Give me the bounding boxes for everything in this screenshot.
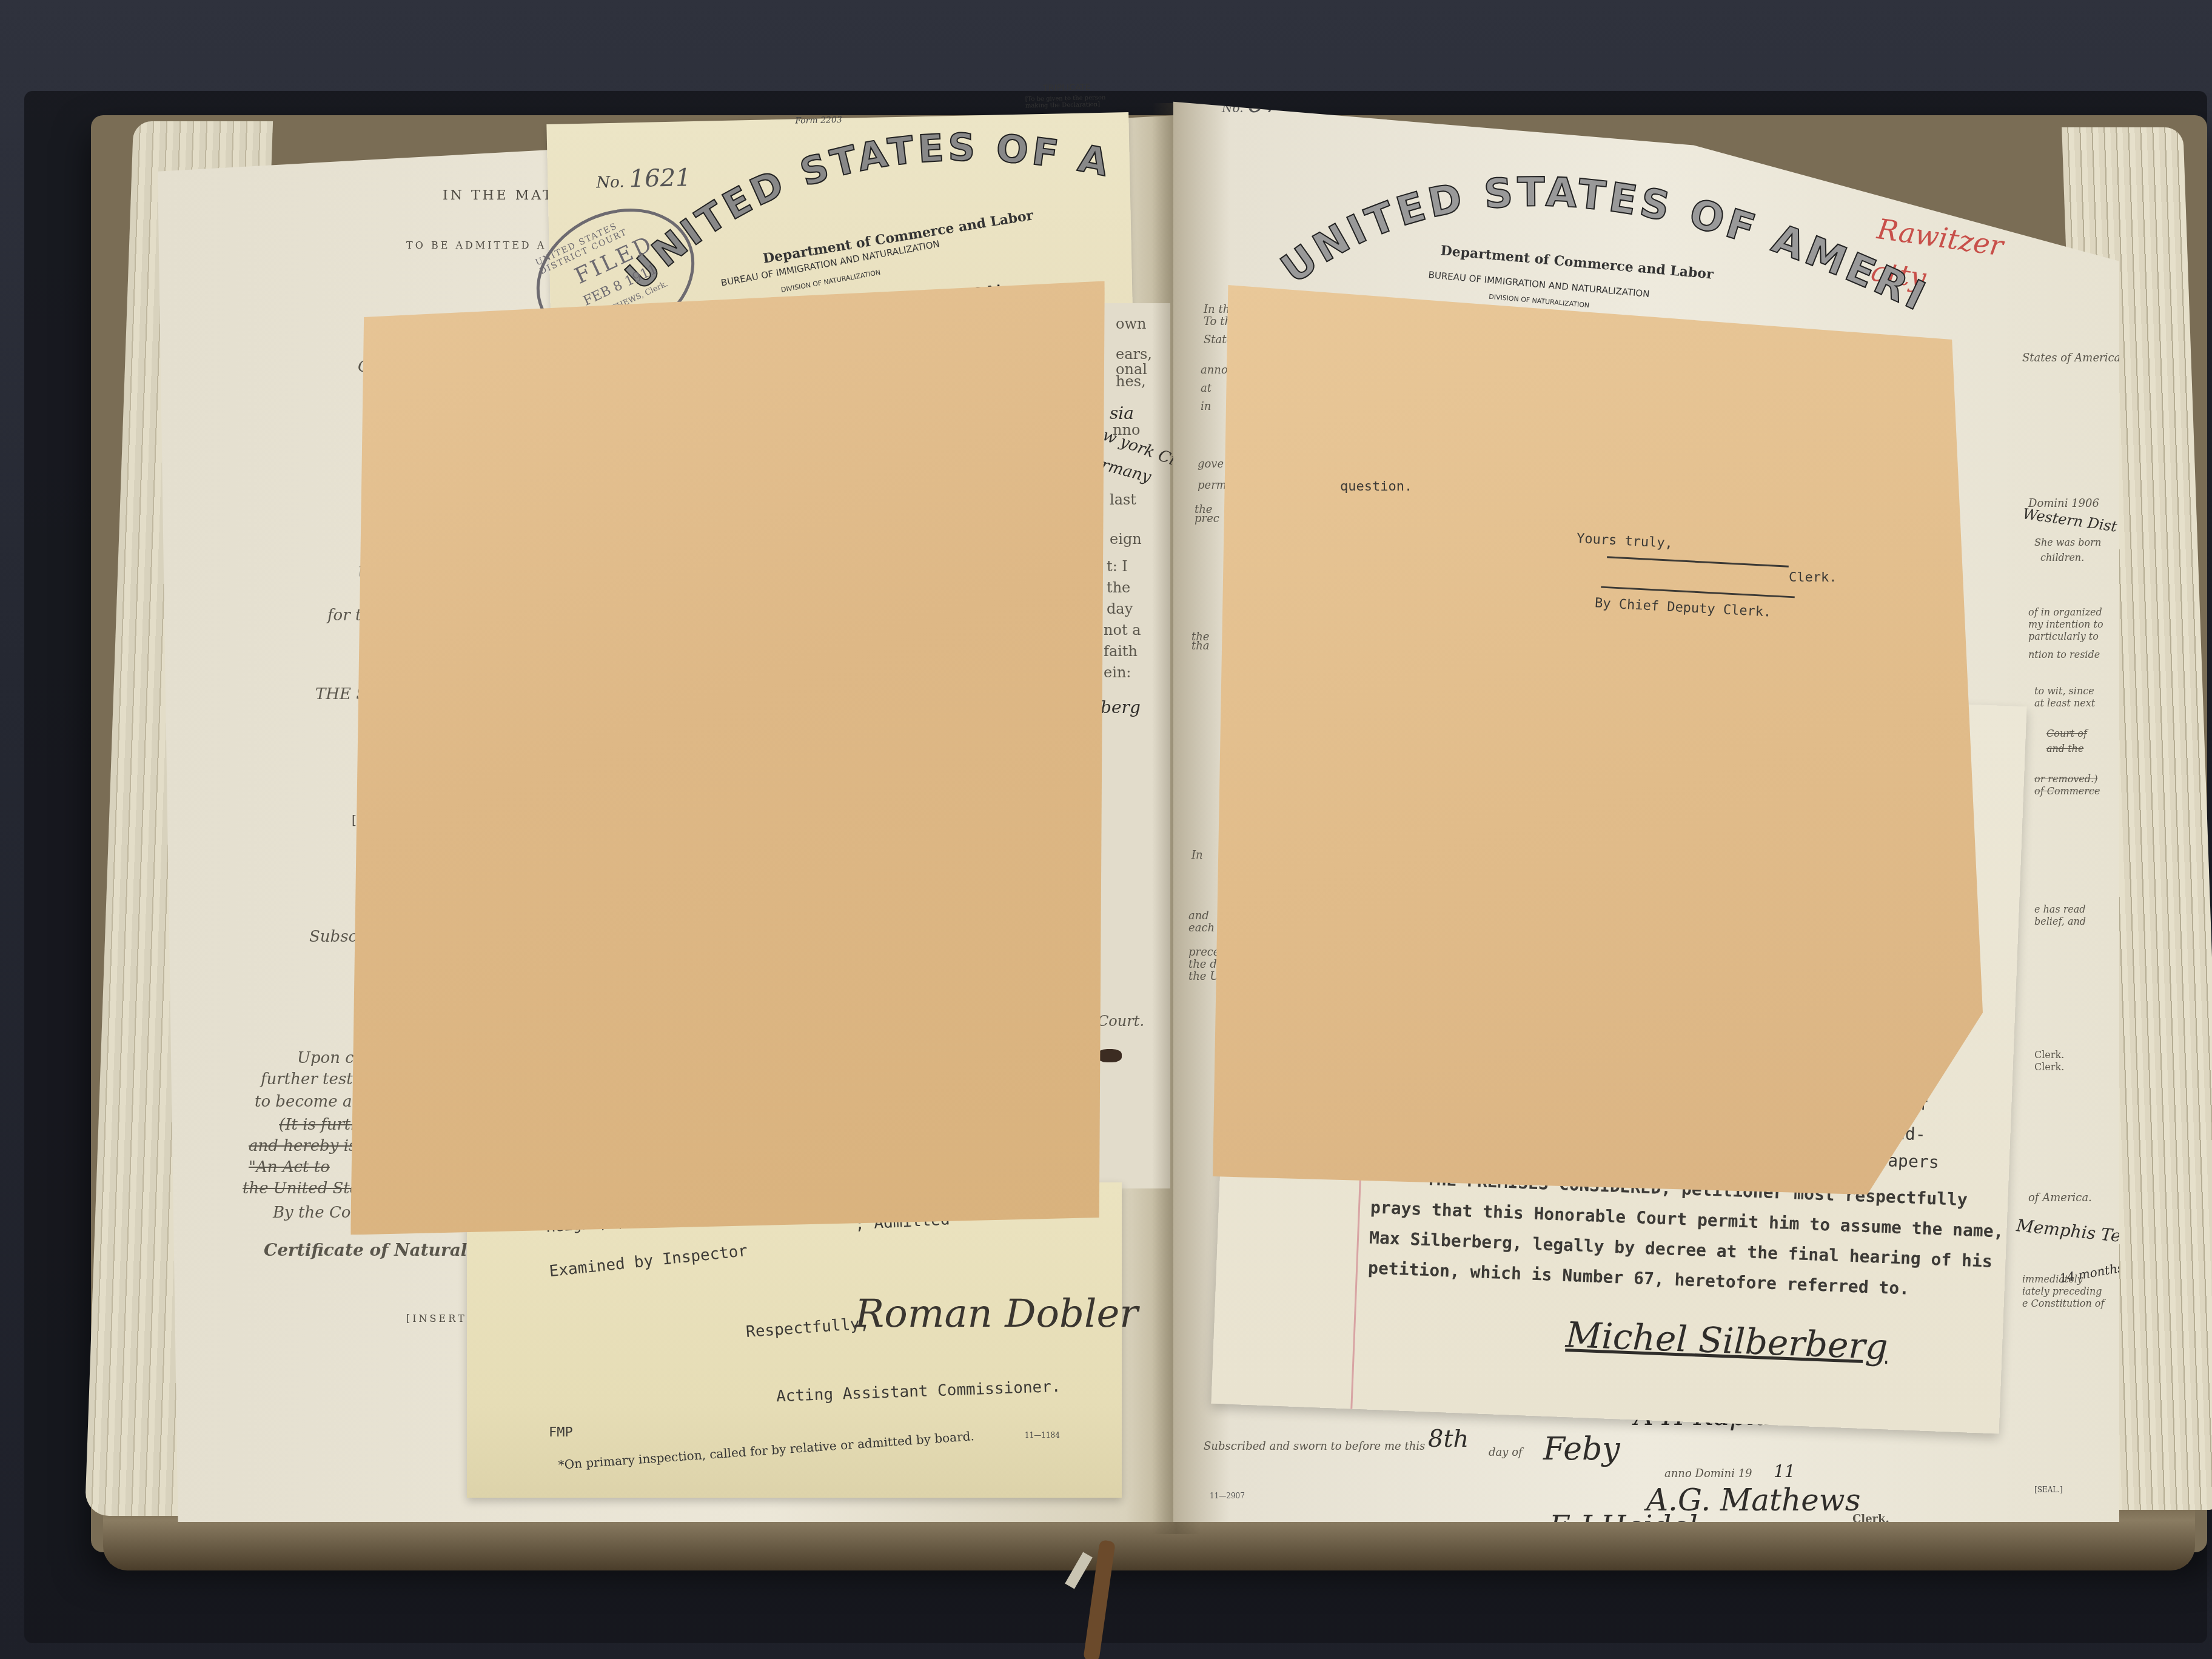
letter-title: Acting Assistant Commissioner. — [776, 1378, 1061, 1406]
margin-fragment: eign — [1110, 531, 1142, 548]
letter-initials: FMP — [549, 1425, 573, 1440]
oath-day: 8th — [1428, 1425, 1469, 1453]
margin-fragment: in — [1201, 400, 1211, 413]
margin-fragment: Clerk. — [2034, 1049, 2064, 1061]
triplicate-label: TRIPLICATE — [1043, 82, 1091, 93]
margin-fragment: and the — [2046, 743, 2083, 754]
margin-fragment: hes, — [1116, 373, 1146, 390]
oath-year: 11 — [1774, 1461, 1795, 1481]
letter-respectfully: Respectfully, — [745, 1315, 870, 1341]
kraft-sheet-right: question. Yours truly, Clerk. By Chief D… — [1213, 285, 1983, 1195]
margin-fragment: ears, — [1116, 346, 1152, 363]
signature-roman-dobler: Roman Dobler — [855, 1292, 1138, 1336]
margin-fragment: She was born — [2034, 537, 2101, 548]
ink-stain — [1098, 1049, 1122, 1062]
form-line: and hereby is — [249, 1137, 357, 1155]
margin-fragment: tha — [1191, 640, 1210, 652]
margin-fragment: prec — [1195, 512, 1219, 525]
margin-fragment: faith — [1104, 643, 1138, 660]
margin-fragment: perm — [1198, 479, 1227, 492]
form-line: "An Act to — [249, 1158, 330, 1176]
margin-fragment: e has read — [2034, 903, 2086, 915]
margin-fragment: of in organized — [2028, 606, 2102, 618]
margin-fragment: at least next — [2034, 697, 2095, 709]
margin-fragment: belief, and — [2034, 916, 2086, 927]
letter-clerk: Clerk. — [1789, 570, 1837, 585]
margin-fragment: at — [1201, 382, 1212, 395]
letter-examined: Examined by Inspector — [548, 1242, 748, 1281]
margin-fragment: berg — [1101, 697, 1141, 717]
margin-fragment: iately preceding — [2022, 1285, 2102, 1297]
margin-fragment: the — [1107, 579, 1130, 596]
margin-fragment: sia — [1110, 403, 1134, 423]
triplicate-note: [To be given to the person making the De… — [1025, 94, 1122, 109]
letter-closing: Yours truly, — [1576, 531, 1673, 551]
margin-fragment: particularly to — [2028, 631, 2099, 642]
margin-fragment: t: I — [1107, 558, 1128, 575]
margin-fragment: States of America. — [2022, 352, 2124, 364]
letter-footnote: *On primary inspection, called for by re… — [558, 1429, 974, 1472]
margin-fragment: last — [1110, 491, 1136, 508]
margin-fragment: Court of — [2046, 728, 2087, 739]
margin-fragment: anno — [1201, 364, 1228, 377]
margin-fragment: gove — [1198, 458, 1224, 471]
margin-fragment: or removed.) — [2034, 773, 2097, 785]
letter-question: question. — [1340, 479, 1412, 494]
oath-subscribed: Subscribed and sworn to before me this — [1204, 1440, 1425, 1453]
margin-fragment: of America. — [2028, 1191, 2092, 1204]
margin-fragment: day — [1107, 600, 1133, 617]
margin-fragment: e Constitution of — [2022, 1298, 2104, 1309]
petitioner-signature: Michel Silberberg — [1565, 1314, 1889, 1367]
letter-deputy: By Chief Deputy Clerk. — [1595, 595, 1772, 620]
form-code: 11—2907 — [1210, 1492, 1245, 1500]
oath-month: Feby — [1543, 1431, 1620, 1467]
oath-anno: anno Domini 19 — [1664, 1467, 1752, 1480]
signature-line — [1601, 586, 1795, 598]
margin-fragment: my intention to — [2028, 618, 2103, 630]
margin-fragment: children. — [2040, 552, 2084, 563]
letter-form-code: 11—1184 — [1025, 1431, 1060, 1439]
signature-line — [1607, 556, 1789, 568]
margin-fragment: and — [1188, 910, 1209, 922]
margin-fragment: Clerk. — [2034, 1061, 2064, 1073]
margin-fragment: to wit, since — [2034, 685, 2094, 697]
margin-fragment: ntion to reside — [2028, 649, 2100, 660]
kraft-sheet-left — [341, 281, 1114, 1235]
form-line: (It is furth — [279, 1116, 361, 1134]
margin-fragment: Court. — [1098, 1013, 1144, 1030]
margin-fragment: own — [1116, 315, 1146, 332]
margin-fragment: ein: — [1104, 664, 1131, 681]
margin-fragment: not a — [1104, 622, 1141, 638]
oath-day-of: day of — [1489, 1446, 1523, 1459]
margin-fragment: of Commerce — [2034, 785, 2100, 797]
margin-fragment: In — [1191, 849, 1203, 862]
seal-label: [SEAL.] — [2034, 1486, 2063, 1494]
